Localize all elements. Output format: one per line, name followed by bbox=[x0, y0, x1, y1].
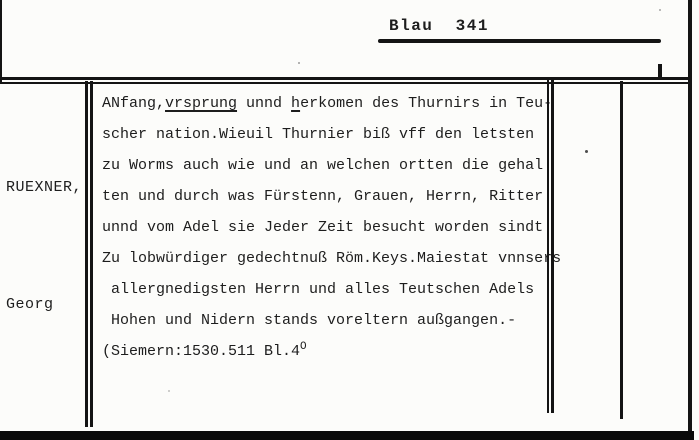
body-text: Zu lobwürdiger gedechtnuß Röm.Keys.Maies… bbox=[102, 250, 561, 267]
body-line: (Siemern:1530.511 Bl.4O bbox=[102, 336, 572, 367]
body-line: unnd vom Adel sie Jeder Zeit besucht wor… bbox=[102, 212, 572, 243]
top-rule-lower bbox=[0, 82, 688, 84]
author-separator-line bbox=[90, 81, 93, 427]
body-text: unnd vom Adel sie Jeder Zeit besucht wor… bbox=[102, 219, 543, 236]
body-line: ten und durch was Fürstenn, Grauen, Herr… bbox=[102, 181, 572, 212]
scan-speck bbox=[585, 150, 588, 153]
right-edge-line bbox=[688, 0, 692, 434]
body-text: scher nation.Wieuil Thurnier biß vff den… bbox=[102, 126, 534, 143]
column-rule-inner bbox=[547, 80, 549, 413]
body-line: zu Worms auch wie und an welchen ortten … bbox=[102, 150, 572, 181]
column-rule-outer bbox=[620, 81, 623, 419]
body-text: erkomen des Thurnirs in Teu- bbox=[300, 95, 552, 112]
body-line: allergnedigsten Herrn und alles Teutsche… bbox=[102, 274, 572, 305]
body-text: zu Worms auch wie und an welchen ortten … bbox=[102, 157, 543, 174]
body-line: scher nation.Wieuil Thurnier biß vff den… bbox=[102, 119, 572, 150]
body-line: Zu lobwürdiger gedechtnuß Röm.Keys.Maies… bbox=[102, 243, 572, 274]
catalog-card-scan: Blau 341 RUEXNER, Georg ANfang,vrsprung … bbox=[0, 0, 699, 440]
left-edge-line bbox=[0, 0, 2, 83]
author-surname: RUEXNER, bbox=[6, 168, 82, 207]
bottom-scan-bar bbox=[0, 431, 694, 440]
top-rule-upper bbox=[0, 77, 692, 80]
card-body-lines: ANfang,vrsprung unnd herkomen des Thurni… bbox=[102, 88, 572, 367]
body-text: ANfang, bbox=[102, 95, 165, 112]
body-text: unnd bbox=[237, 95, 291, 112]
shelfmark-underline bbox=[378, 39, 661, 43]
column-rule-inner bbox=[551, 80, 554, 413]
scan-speck bbox=[659, 9, 661, 11]
author-forename: Georg bbox=[6, 285, 82, 324]
author-heading: RUEXNER, Georg bbox=[6, 90, 82, 402]
body-line: ANfang,vrsprung unnd herkomen des Thurni… bbox=[102, 88, 572, 119]
top-rule-end-tick bbox=[658, 64, 662, 80]
body-text: (Siemern:1530.511 Bl.4 bbox=[102, 343, 300, 360]
body-text: allergnedigsten Herrn und alles Teutsche… bbox=[102, 281, 534, 298]
body-line: Hohen und Nidern stands voreltern außgan… bbox=[102, 305, 572, 336]
underlined-text: vrsprung bbox=[165, 95, 237, 112]
body-text: Hohen und Nidern stands voreltern außgan… bbox=[102, 312, 516, 329]
scan-speck bbox=[298, 62, 300, 64]
author-separator-line bbox=[85, 81, 88, 427]
body-text: ten und durch was Fürstenn, Grauen, Herr… bbox=[102, 188, 543, 205]
shelfmark: Blau 341 bbox=[389, 17, 489, 35]
scan-speck bbox=[168, 390, 170, 392]
body-text: O bbox=[300, 341, 307, 353]
underlined-text: h bbox=[291, 95, 300, 112]
